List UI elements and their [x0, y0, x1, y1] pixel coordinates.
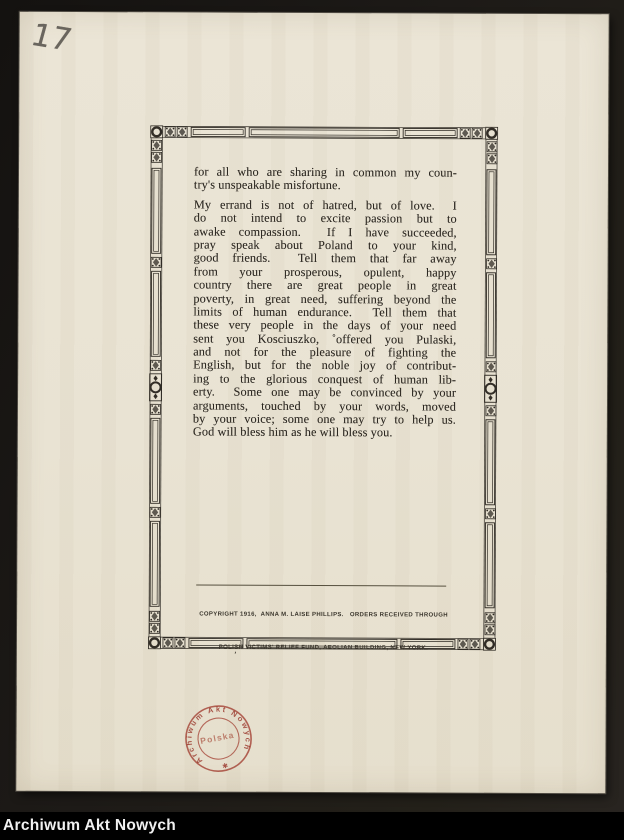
border-left: [148, 138, 162, 636]
border-right: [483, 140, 497, 638]
archive-name: Archiwum Akt Nowych: [3, 817, 176, 834]
copyright-line: POLISH VICTIMS' RELIEF FUND, AEOLIAN BUI…: [182, 642, 465, 654]
body-text: for all who are sharing in common my cou…: [193, 165, 457, 446]
text-line: God will bless him as he will bless you.: [193, 426, 456, 441]
archive-stamp: Archiwum Akt Nowych ✱ Polska: [174, 694, 262, 782]
copyright-block: COPYRIGHT 1916, ANNA M. LAISE PHILLIPS. …: [182, 587, 465, 676]
stamp-center-text: Polska: [199, 730, 235, 746]
archive-footer: Archiwum Akt Nowych: [0, 812, 624, 840]
paragraph: for all who are sharing in common my cou…: [194, 165, 457, 193]
paragraph: My errand is not of hatred, but of love.…: [193, 198, 457, 440]
scanned-document-viewport: 17: [0, 0, 624, 840]
copyright-line: COPYRIGHT 1916, ANNA M. LAISE PHILLIPS. …: [182, 609, 465, 621]
text-line: try's unspeakable misfortune.: [194, 179, 457, 194]
document-page: 17: [16, 12, 608, 794]
scan-background: 17: [0, 0, 624, 812]
stamp-star-icon: ✱: [222, 762, 230, 771]
print-artifact-mark: ʼ: [234, 650, 237, 660]
handwritten-page-number: 17: [27, 17, 75, 58]
border-top: [163, 126, 485, 139]
